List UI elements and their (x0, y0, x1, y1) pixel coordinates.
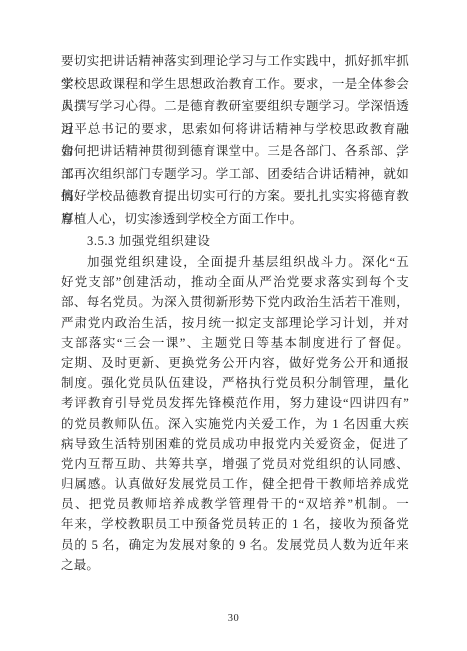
text-line: 好党支部”创建活动，推动全面从严治党要求落实到每个支 (61, 272, 409, 292)
text-line: 部、每名党员。为深入贯彻新形势下党内政治生活若干准则， (61, 292, 409, 312)
text-line: 近平总书记的要求，思索如何将讲话精神与学校思政教育融合， (61, 118, 409, 141)
text-line: 的党员教师队伍。深入实施党内关爱工作，为 1 名因重大疾 (61, 414, 409, 434)
text-line: 严肃党内政治生活，按月统一拟定支部理论学习计划，并对 (61, 313, 409, 333)
section-heading: 3.5.3 加强党组织建设 (61, 230, 409, 252)
text-line: 要切实把讲话精神落实到理论学习与工作实践中，抓好抓牢抓实 (61, 50, 409, 73)
text-line: 员的 5 名，确定为发展对象的 9 名。发展党员人数为近年来 (61, 535, 409, 555)
body-text: 要切实把讲话精神落实到理论学习与工作实践中，抓好抓牢抓实 学校思政课程和学生思想… (61, 50, 409, 575)
paragraph-continued: 要切实把讲话精神落实到理论学习与工作实践中，抓好抓牢抓实 学校思政课程和学生思想… (61, 50, 409, 230)
text-line: 员撰写学习心得。二是德育教研室要组织专题学习。学深悟透习 (61, 95, 409, 118)
text-line: 定期、及时更新、更换党务公开内容，做好党务公开和通报 (61, 353, 409, 373)
text-line: 支部落实“三会一课”、主题党日等基本制度进行了督促。 (61, 333, 409, 353)
text-line: 年来，学校教职员工中预备党员转正的 1 名，接收为预备党 (61, 514, 409, 534)
text-line: 病导致生活特别困难的党员成功申报党内关爱资金，促进了 (61, 434, 409, 454)
text-line: 党内互帮互助、共筹共享，增强了党员对党组织的认同感、 (61, 454, 409, 474)
text-line: 归属感。认真做好发展党员工作，健全把骨干教师培养成党 (61, 474, 409, 494)
text-line: 部再次组织部门专题学习。学工部、团委结合讲话精神，就如何 (61, 163, 409, 186)
text-line: 制度。强化党员队伍建设，严格执行党员积分制管理，量化 (61, 373, 409, 393)
text-line: 员、把党员教师培养成教学管理骨干的“双培养”机制。一 (61, 494, 409, 514)
document-page: 要切实把讲话精神落实到理论学习与工作实践中，抓好抓牢抓实 学校思政课程和学生思想… (0, 0, 467, 651)
text-line: 之最。 (61, 555, 409, 575)
text-line: 如何把讲话精神贯彻到德育课堂中。三是各部门、各系部、学工 (61, 140, 409, 163)
text-line: 学校思政课程和学生思想政治教育工作。要求，一是全体参会人 (61, 73, 409, 96)
page-number: 30 (0, 613, 467, 624)
paragraph-party-building: 加强党组织建设，全面提升基层组织战斗力。深化“五 好党支部”创建活动，推动全面从… (61, 252, 409, 575)
text-line: 厚植人心，切实渗透到学校全方面工作中。 (61, 208, 409, 231)
text-line: 考评教育引导党员发挥先锋模范作用，努力建设“四讲四有” (61, 393, 409, 413)
text-line: 加强党组织建设，全面提升基层组织战斗力。深化“五 (61, 252, 409, 272)
text-line: 搞好学校品德教育提出切实可行的方案。要扎扎实实将德育教育 (61, 185, 409, 208)
